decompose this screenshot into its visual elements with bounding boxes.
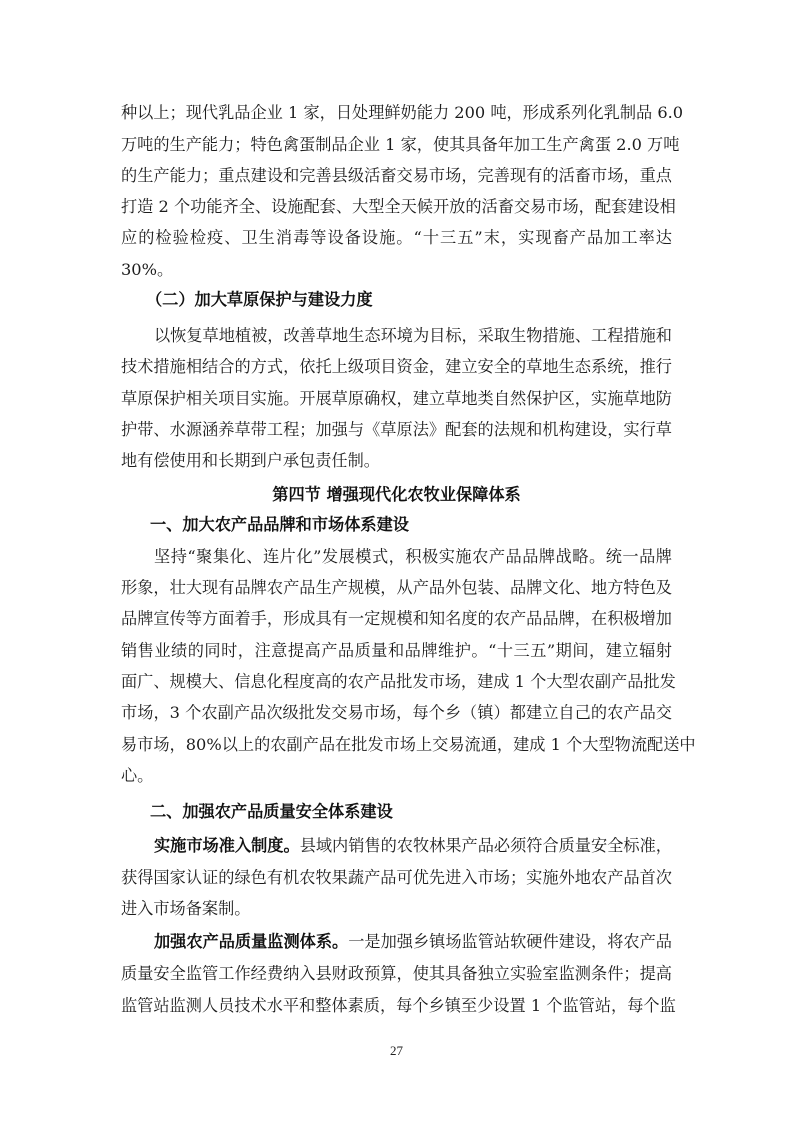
document-page: 种以上；现代乳品企业 1 家，日处理鲜奶能力 200 吨，形成系列化乳制品 6.… <box>0 0 793 1122</box>
text-line: 打造 2 个功能齐全、设施配套、大型全天候开放的活畜交易市场，配套建设相 <box>121 196 672 218</box>
text-line: 监管站监测人员技术水平和整体素质，每个乡镇至少设置 1 个监管站，每个监 <box>121 995 672 1017</box>
text-line: 品牌宣传等方面着手，形成具有一定规模和知名度的农产品品牌，在积极增加 <box>121 608 672 630</box>
text-line: 护带、水源涵养草带工程；加强与《草原法》配套的法规和机构建设，实行草 <box>121 419 672 441</box>
text-line: 以恢复草地植被，改善草地生态环境为目标，采取生物措施、工程措施和 <box>154 325 672 347</box>
paragraph-lead: 实施市场准入制度。 <box>154 836 300 855</box>
text-line: 应的检验检疫、卫生消毒等设备设施。“十三五”末，实现畜产品加工率达 <box>121 227 672 249</box>
text-line: 市场，3 个农副产品次级批发交易市场，每个乡（镇）都建立自己的农产品交 <box>121 702 672 724</box>
paragraph-text: 县域内销售的农牧林果产品必须符合质量安全标准， <box>300 836 672 855</box>
text-line: 万吨的生产能力；特色禽蛋制品企业 1 家，使其具备年加工生产禽蛋 2.0 万吨 <box>121 134 672 156</box>
text-line: 易市场，80%以上的农副产品在批发市场上交易流通，建成 1 个大型物流配送中 <box>121 734 672 756</box>
text-line: 草原保护相关项目实施。开展草原确权，建立草地类自然保护区，实施草地防 <box>121 388 672 410</box>
text-line: 30%。 <box>121 259 672 281</box>
text-line: 进入市场备案制。 <box>121 898 672 920</box>
text-line: 加强农产品质量监测体系。一是加强乡镇场监管站软硬件建设，将农产品 <box>154 931 672 953</box>
text-line: 地有偿使用和长期到户承包责任制。 <box>121 450 672 472</box>
text-line: 面广、规模大、信息化程度高的农产品批发市场，建成 1 个大型农副产品批发 <box>121 671 672 693</box>
subsection-heading: （二）加大草原保护与建设力度 <box>146 289 373 311</box>
text-line: 销售业绩的同时，注意提高产品质量和品牌维护。“十三五”期间，建立辐射 <box>121 640 672 662</box>
text-line: 形象，壮大现有品牌农产品生产规模，从产品外包装、品牌文化、地方特色及 <box>121 577 672 599</box>
paragraph-lead: 加强农产品质量监测体系。 <box>154 932 348 951</box>
part-heading: 一、加大农产品品牌和市场体系建设 <box>150 514 409 536</box>
text-line: 心。 <box>121 765 672 787</box>
text-line: 获得国家认证的绿色有机农牧果蔬产品可优先进入市场；实施外地农产品首次 <box>121 867 672 889</box>
text-line: 种以上；现代乳品企业 1 家，日处理鲜奶能力 200 吨，形成系列化乳制品 6.… <box>121 102 672 124</box>
text-line: 坚持“聚集化、连片化”发展模式，积极实施农产品品牌战略。统一品牌 <box>154 546 672 568</box>
text-line: 质量安全监管工作经费纳入县财政预算，使其具备独立实验室监测条件；提高 <box>121 963 672 985</box>
section-heading: 第四节 增强现代化农牧业保障体系 <box>121 484 672 506</box>
paragraph-text: 一是加强乡镇场监管站软硬件建设，将农产品 <box>348 932 672 951</box>
text-line: 技术措施相结合的方式，依托上级项目资金，建立安全的草地生态系统，推行 <box>121 356 672 378</box>
part-heading: 二、加强农产品质量安全体系建设 <box>150 801 393 823</box>
text-line: 的生产能力；重点建设和完善县级活畜交易市场，完善现有的活畜市场，重点 <box>121 165 672 187</box>
text-line: 实施市场准入制度。县域内销售的农牧林果产品必须符合质量安全标准， <box>154 835 672 857</box>
page-number: 27 <box>0 1043 793 1059</box>
